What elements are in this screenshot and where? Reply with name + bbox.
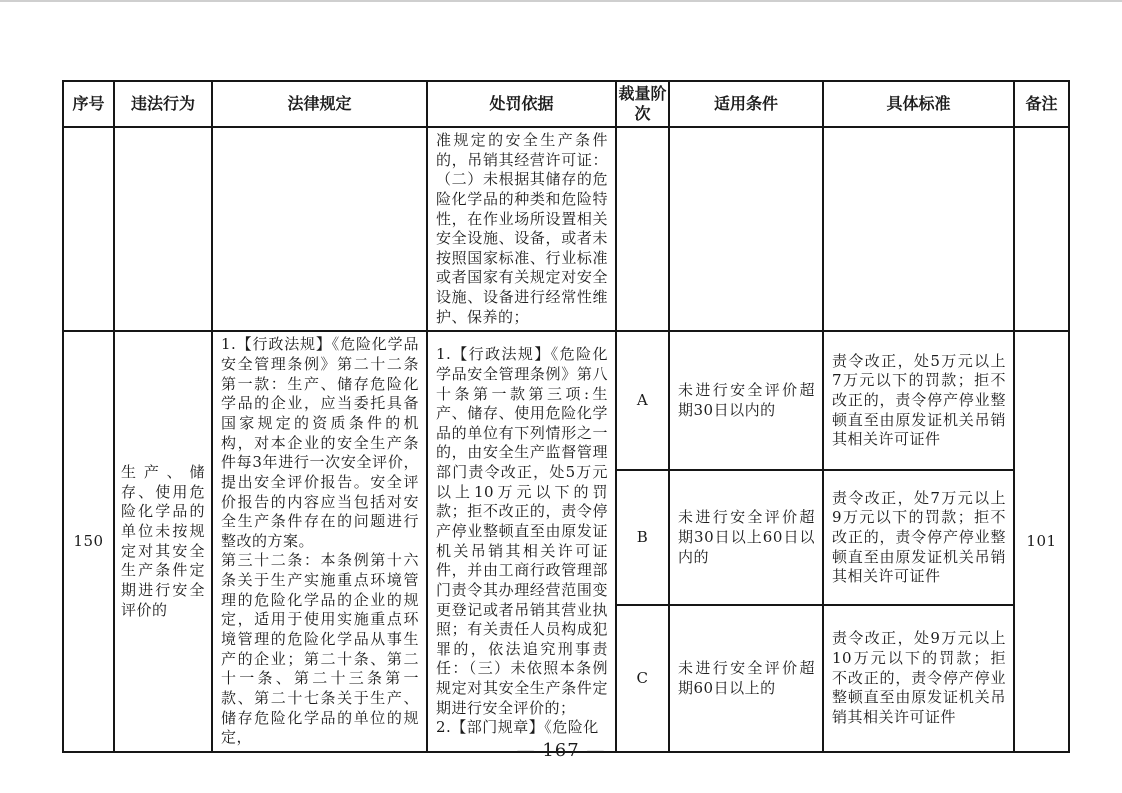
tier-condition-a: 未进行安全评价超期30日以内的: [669, 331, 823, 470]
header-cell-legal: 法律规定: [212, 81, 427, 127]
page-top-edge-line: [0, 0, 1122, 2]
empty-cell-conditions: [669, 127, 823, 331]
header-cell-index: 序号: [63, 81, 114, 127]
header-cell-violation: 违法行为: [114, 81, 212, 127]
cell-legal-provisions: 1.【行政法规】《危险化学品安全管理条例》第二十二条第一款：生产、储存危险化学品…: [212, 331, 427, 751]
tier-level-c: C: [616, 605, 669, 752]
cell-penalty-basis: 1.【行政法规】《危险化学品安全管理条例》第八十条第一款第三项:生产、储存、使用…: [427, 331, 616, 751]
cell-violation: 生产、储存、使用危险化学品的单位未按规定对其安全生产条件定期进行安全评价的: [114, 331, 212, 751]
continuation-row: 准规定的安全生产条件的，吊销其经营许可证：（二）未根据其储存的危险化学品的种类和…: [63, 127, 1069, 331]
header-cell-discretion: 裁量阶次: [616, 81, 669, 127]
tier-level-a: A: [616, 331, 669, 470]
empty-cell-remarks: [1014, 127, 1069, 331]
header-cell-remarks: 备注: [1014, 81, 1069, 127]
header-cell-penalty-basis: 处罚依据: [427, 81, 616, 127]
continuation-penalty-basis-cell: 准规定的安全生产条件的，吊销其经营许可证：（二）未根据其储存的危险化学品的种类和…: [427, 127, 616, 331]
empty-cell-discretion: [616, 127, 669, 331]
tier-standard-c: 责令改正，处9万元以上10万元以下的罚款；拒不改正的，责令停产停业整顿直至由原发…: [823, 605, 1014, 752]
cell-index-150: 150: [63, 331, 114, 751]
tier-condition-b: 未进行安全评价超期30日以上60日以内的: [669, 470, 823, 605]
empty-cell-violation: [114, 127, 212, 331]
tier-condition-c: 未进行安全评价超期60日以上的: [669, 605, 823, 752]
header-cell-conditions: 适用条件: [669, 81, 823, 127]
row-150-tier-a: 150 生产、储存、使用危险化学品的单位未按规定对其安全生产条件定期进行安全评价…: [63, 331, 1069, 470]
cell-remarks: 101: [1014, 331, 1069, 751]
table-header-row: 序号 违法行为 法律规定 处罚依据 裁量阶次 适用条件 具体标准 备注: [63, 81, 1069, 127]
empty-cell-index: [63, 127, 114, 331]
tier-standard-b: 责令改正，处7万元以上9万元以下的罚款；拒不改正的，责令停产停业整顿直至由原发证…: [823, 470, 1014, 605]
penalty-discretion-table: 序号 违法行为 法律规定 处罚依据 裁量阶次 适用条件 具体标准 备注 准规定的…: [62, 80, 1070, 753]
empty-cell-standards: [823, 127, 1014, 331]
tier-standard-a: 责令改正，处5万元以上7万元以下的罚款；拒不改正的，责令停产停业整顿直至由原发证…: [823, 331, 1014, 470]
header-cell-standards: 具体标准: [823, 81, 1014, 127]
tier-level-b: B: [616, 470, 669, 605]
page-number: — 167 —: [0, 740, 1122, 761]
empty-cell-legal: [212, 127, 427, 331]
